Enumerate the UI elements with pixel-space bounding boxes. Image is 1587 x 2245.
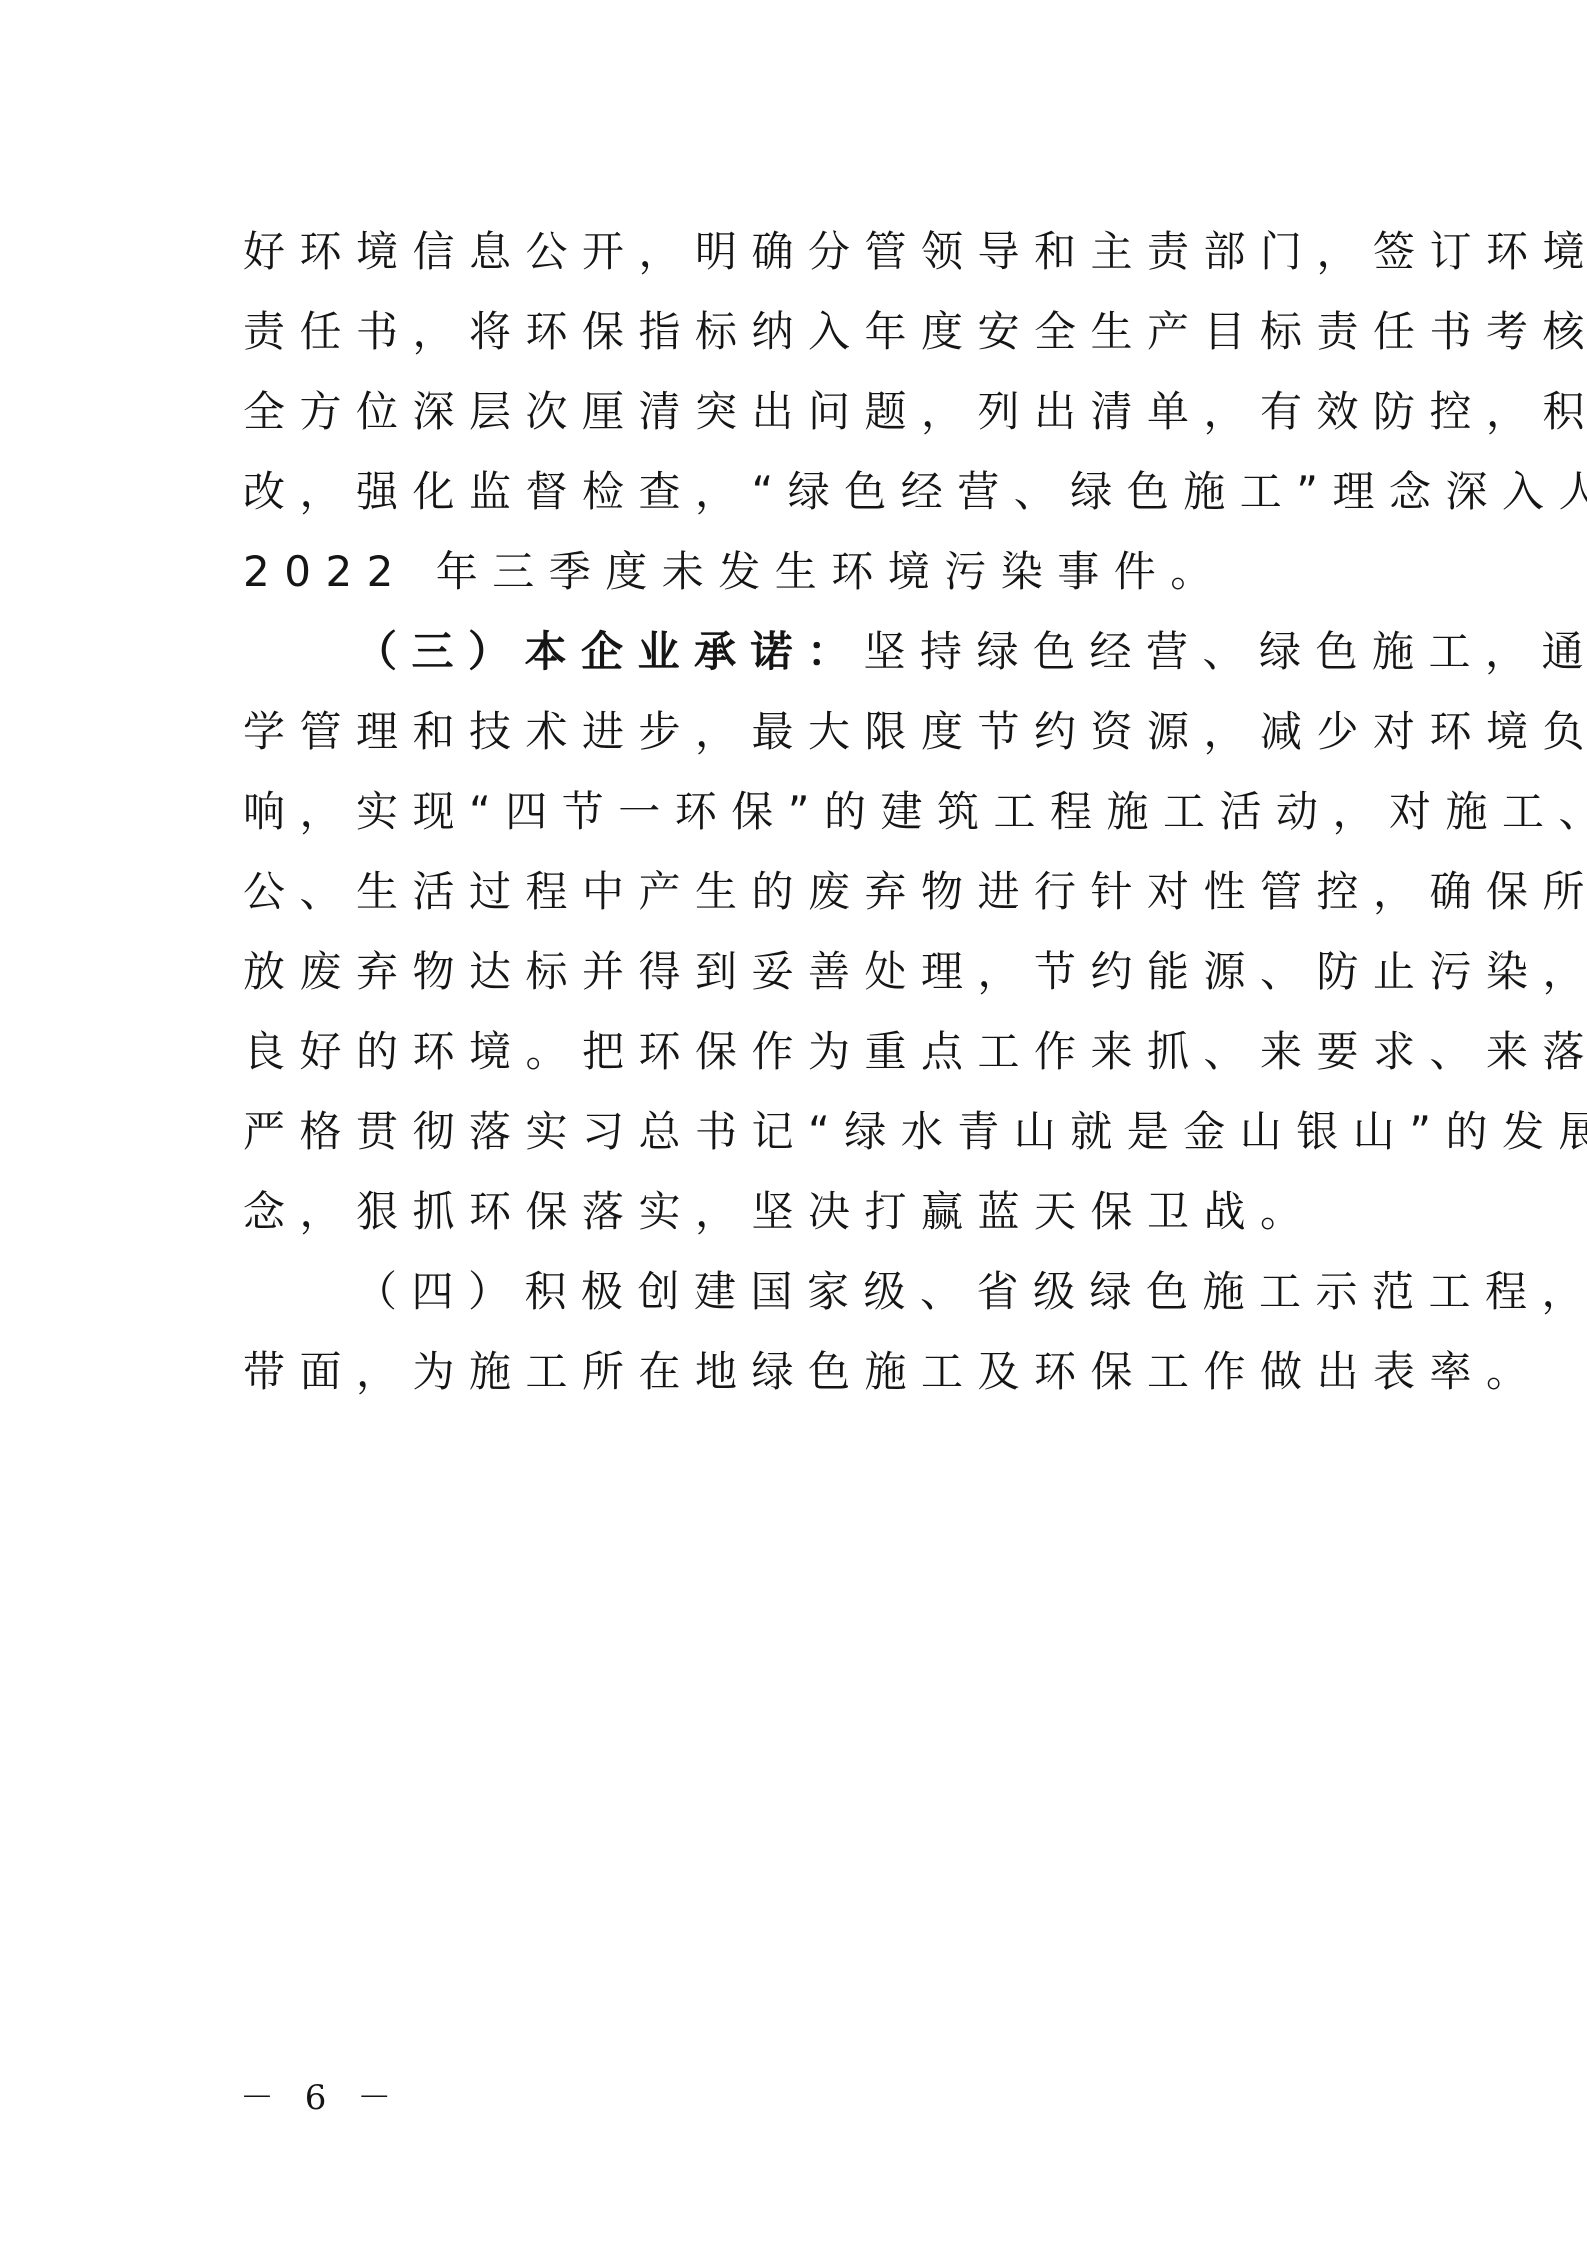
paragraph-first-line: （三）本企业承诺：坚持绿色经营、绿色施工，通过科 bbox=[243, 612, 1363, 692]
paragraph-line: 责任书，将环保指标纳入年度安全生产目标责任书考核指标， bbox=[243, 292, 1363, 372]
paragraph-line: 响，实现“四节一环保”的建筑工程施工活动，对施工、办 bbox=[243, 772, 1363, 852]
paragraph-line: 公、生活过程中产生的废弃物进行针对性管控，确保所有排 bbox=[243, 852, 1363, 932]
paragraph-line: 良好的环境。把环保作为重点工作来抓、来要求、来落实， bbox=[243, 1012, 1363, 1092]
paragraph-line-rest: 积极创建国家级、省级绿色施工示范工程，以点 bbox=[525, 1267, 1587, 1316]
paragraph-line: 念，狠抓环保落实，坚决打赢蓝天保卫战。 bbox=[243, 1172, 1363, 1252]
paragraph-line: 带面，为施工所在地绿色施工及环保工作做出表率。 bbox=[243, 1332, 1363, 1412]
paragraph-first-line: （四）积极创建国家级、省级绿色施工示范工程，以点 bbox=[243, 1252, 1363, 1332]
paragraph-line: 学管理和技术进步，最大限度节约资源，减少对环境负面影 bbox=[243, 692, 1363, 772]
section-label-3: （三）本企业承诺： bbox=[355, 627, 864, 676]
paragraph-line: 好环境信息公开，明确分管领导和主责部门，签订环境保护 bbox=[243, 212, 1363, 292]
paragraph-line: 严格贯彻落实习总书记“绿水青山就是金山银山”的发展理 bbox=[243, 1092, 1363, 1172]
paragraph-line: 改，强化监督检查，“绿色经营、绿色施工”理念深入人心。 bbox=[243, 452, 1363, 532]
paragraph-line-rest: 坚持绿色经营、绿色施工，通过科 bbox=[864, 627, 1587, 676]
paragraph-line: 全方位深层次厘清突出问题，列出清单，有效防控，积极整 bbox=[243, 372, 1363, 452]
section-label-4: （四） bbox=[355, 1267, 525, 1316]
paragraph-line: 放废弃物达标并得到妥善处理，节约能源、防止污染，创造 bbox=[243, 932, 1363, 1012]
document-body: 好环境信息公开，明确分管领导和主责部门，签订环境保护 责任书，将环保指标纳入年度… bbox=[243, 212, 1363, 1412]
paragraph-demonstration: （四）积极创建国家级、省级绿色施工示范工程，以点 带面，为施工所在地绿色施工及环… bbox=[243, 1252, 1363, 1412]
paragraph-commitment: （三）本企业承诺：坚持绿色经营、绿色施工，通过科 学管理和技术进步，最大限度节约… bbox=[243, 612, 1363, 1252]
paragraph-env-disclosure: 好环境信息公开，明确分管领导和主责部门，签订环境保护 责任书，将环保指标纳入年度… bbox=[243, 212, 1363, 612]
page-number: － 6 － bbox=[240, 2070, 401, 2119]
document-page: 好环境信息公开，明确分管领导和主责部门，签订环境保护 责任书，将环保指标纳入年度… bbox=[0, 0, 1587, 2245]
paragraph-line: 2022 年三季度未发生环境污染事件。 bbox=[243, 532, 1363, 612]
